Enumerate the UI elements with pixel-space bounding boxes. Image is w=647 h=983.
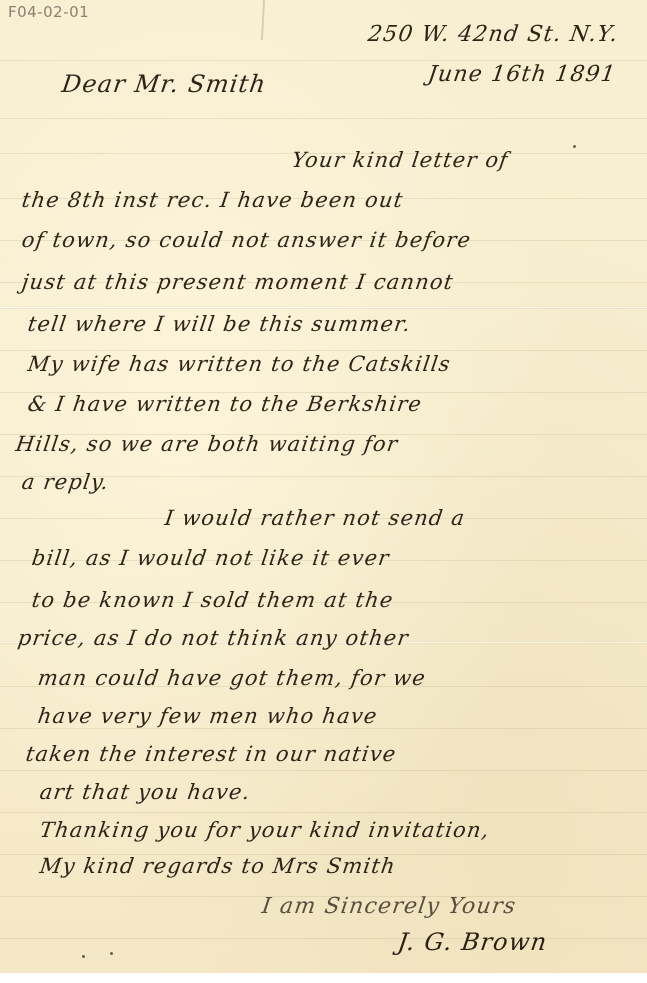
body-line: & I have written to the Berkshire	[26, 392, 423, 416]
ruled-line	[0, 938, 647, 939]
body-line: Hills, so we are both waiting for	[14, 432, 400, 456]
catalog-number: F04-02-01	[8, 3, 89, 21]
ruled-line	[0, 350, 647, 351]
fold-crease	[0, 306, 647, 309]
body-line: My kind regards to Mrs Smith	[38, 854, 397, 878]
salutation: Dear Mr. Smith	[60, 70, 268, 98]
valediction: I am Sincerely Yours	[260, 894, 518, 919]
body-line: the 8th inst rec. I have been out	[20, 188, 405, 212]
body-line: art that you have.	[38, 780, 252, 804]
letter-date: June 16th 1891	[426, 62, 617, 87]
body-line: tell where I will be this summer.	[26, 312, 412, 336]
body-line: Thanking you for your kind invitation,	[38, 818, 491, 842]
ruled-line	[0, 770, 647, 771]
paper-speck	[573, 145, 576, 148]
body-line: taken the interest in our native	[24, 742, 398, 766]
body-line: of town, so could not answer it before	[20, 228, 473, 252]
body-line: bill, as I would not like it ever	[30, 546, 391, 570]
body-line: a reply.	[20, 470, 111, 494]
body-line: Your kind letter of	[290, 148, 510, 172]
sender-address: 250 W. 42nd St. N.Y.	[366, 22, 620, 47]
paper-tear	[261, 0, 265, 40]
ruled-line	[0, 812, 647, 813]
body-line: man could have got them, for we	[36, 666, 427, 690]
ruled-line	[0, 728, 647, 729]
signature: J. G. Brown	[396, 928, 549, 956]
ruled-line	[0, 60, 647, 61]
body-line: have very few men who have	[36, 704, 379, 728]
ruled-line	[0, 118, 647, 119]
body-line: price, as I do not think any other	[16, 626, 410, 650]
body-line: just at this present moment I cannot	[20, 270, 455, 294]
paper-speck	[110, 952, 113, 955]
letter-paper: F04-02-01 250 W. 42nd St. N.Y. Dear Mr. …	[0, 0, 647, 973]
body-line: I would rather not send a	[163, 506, 467, 530]
body-line: My wife has written to the Catskills	[26, 352, 452, 376]
paper-speck	[82, 955, 85, 958]
body-line: to be known I sold them at the	[30, 588, 395, 612]
